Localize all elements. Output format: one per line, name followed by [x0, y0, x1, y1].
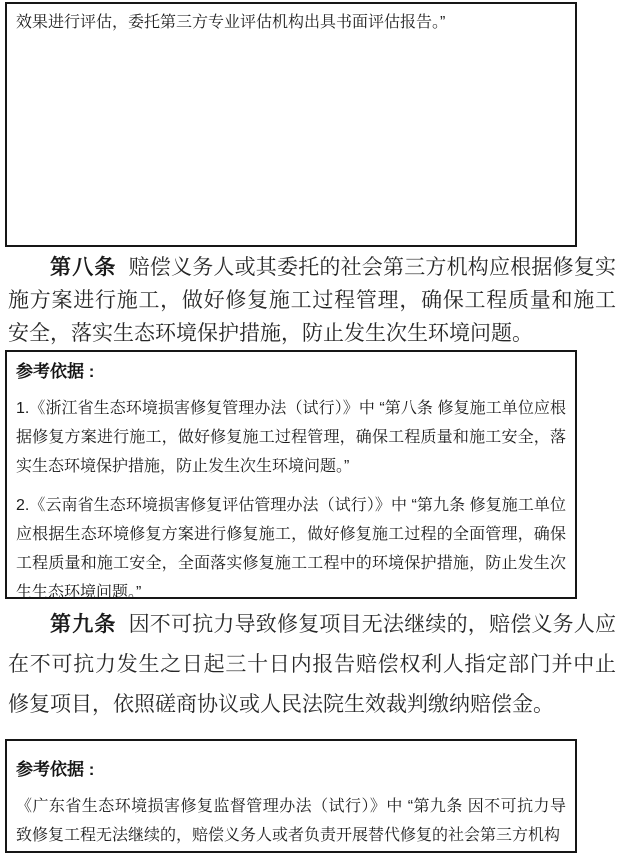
article-9-paragraph: 第九条因不可抗力导致修复项目无法继续的，赔偿义务人应在不可抗力发生之日起三十日内…	[8, 604, 616, 724]
article-8-number: 第八条	[50, 255, 117, 279]
quote-continuation-text: 效果进行评估，委托第三方专业评估机构出具书面评估报告。”	[16, 9, 566, 36]
reference-item-zhejiang: 1.《浙江省生态环境损害修复管理办法（试行）》中 “第八条 修复施工单位应根据修…	[16, 394, 566, 481]
article-9-number: 第九条	[50, 612, 117, 636]
reference-basis-label: 参考依据 :	[16, 360, 566, 384]
document-page: 效果进行评估，委托第三方专业评估机构出具书面评估报告。” 第八条赔偿义务人或其委…	[0, 0, 619, 867]
reference-box-article-9: 参考依据 : 《广东省生态环境损害修复监督管理办法（试行）》中 “第九条 因不可…	[5, 739, 577, 853]
reference-basis-label: 参考依据 :	[16, 758, 566, 782]
reference-box-article-8: 参考依据 : 1.《浙江省生态环境损害修复管理办法（试行）》中 “第八条 修复施…	[5, 350, 577, 599]
reference-item-guangdong: 《广东省生态环境损害修复监督管理办法（试行）》中 “第九条 因不可抗力导致修复工…	[16, 792, 566, 850]
reference-item-yunnan: 2.《云南省生态环境损害修复评估管理办法（试行）》中 “第九条 修复施工单位应根…	[16, 491, 566, 599]
article-8-paragraph: 第八条赔偿义务人或其委托的社会第三方机构应根据修复实施方案进行施工，做好修复施工…	[8, 251, 616, 350]
quote-continuation-box: 效果进行评估，委托第三方专业评估机构出具书面评估报告。”	[5, 2, 577, 247]
